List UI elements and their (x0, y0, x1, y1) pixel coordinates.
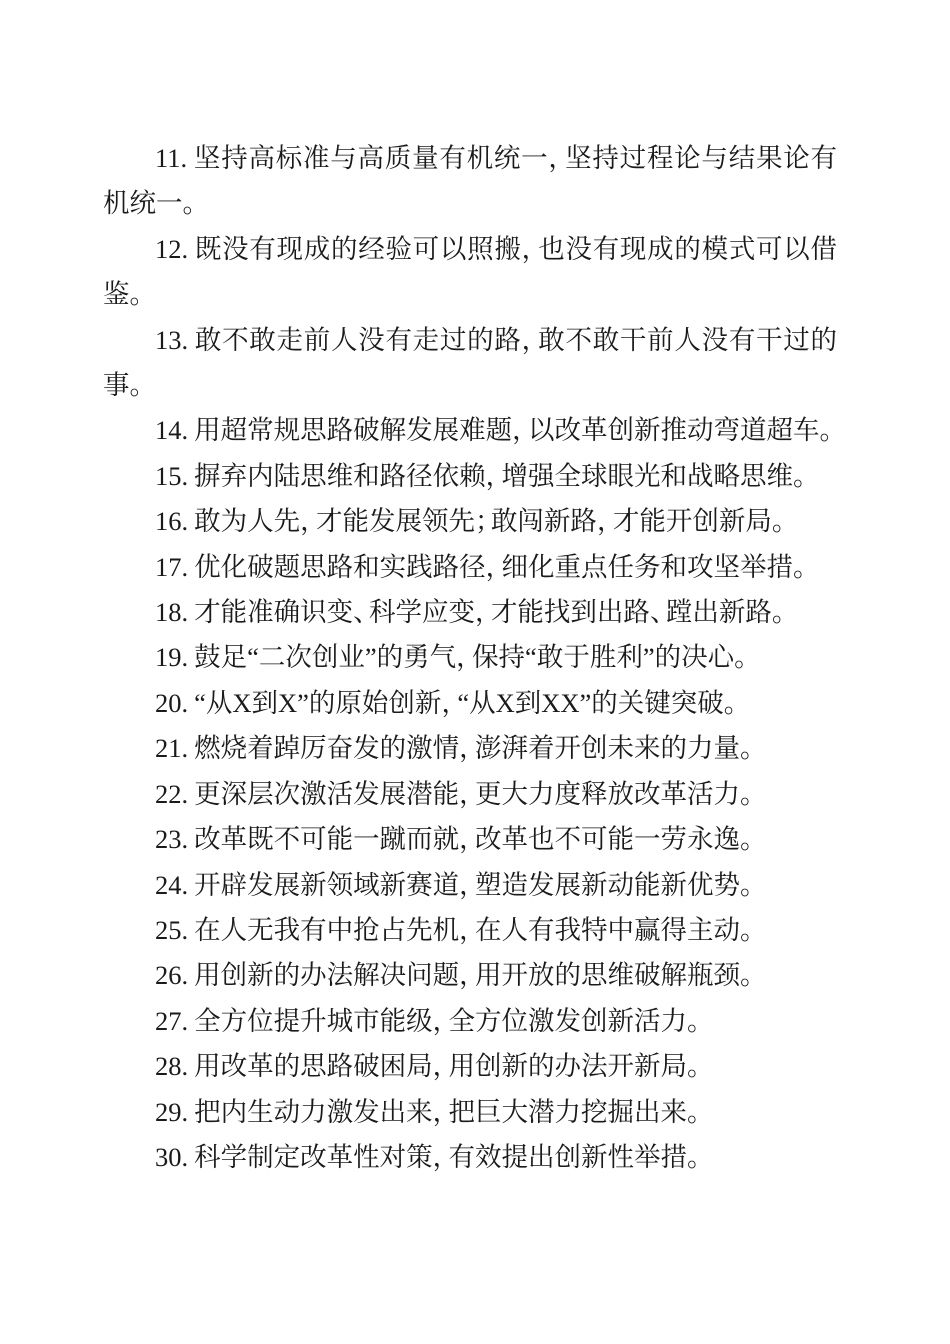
item-number: 20. (155, 688, 188, 718)
item-text: 把内生动力激发出来，把巨大潜力挖掘出来。 (194, 1097, 703, 1127)
item-number: 24. (155, 870, 188, 900)
item-text: 敢为人先，才能发展领先；敢闯新路，才能开创新局。 (194, 506, 788, 536)
item-text: 在人无我有中抢占先机，在人有我特中赢得主动。 (194, 915, 756, 945)
item-text: 科学制定改革性对策，有效提出创新性举措。 (194, 1142, 703, 1172)
list-item: 12.既没有现成的经验可以照搬，也没有现成的模式可以借鉴。 (103, 227, 837, 318)
list-item: 29.把内生动力激发出来，把巨大潜力挖掘出来。 (103, 1090, 837, 1135)
list-item: 24.开辟发展新领域新赛道，塑造发展新动能新优势。 (103, 863, 837, 908)
item-number: 25. (155, 915, 188, 945)
list-item: 13.敢不敢走前人没有走过的路，敢不敢干前人没有干过的事。 (103, 318, 837, 409)
item-number: 14. (155, 415, 188, 445)
list-item: 25.在人无我有中抢占先机，在人有我特中赢得主动。 (103, 908, 837, 953)
item-text: 全方位提升城市能级，全方位激发创新活力。 (194, 1006, 703, 1036)
item-text: 摒弃内陆思维和路径依赖，增强全球眼光和战略思维。 (194, 461, 809, 491)
item-text: 改革既不可能一蹴而就，改革也不可能一劳永逸。 (194, 824, 756, 854)
item-text: 用改革的思路破困局，用创新的办法开新局。 (194, 1051, 703, 1081)
item-text: 敢不敢走前人没有走过的路，敢不敢干前人没有干过的事。 (103, 325, 837, 400)
item-number: 18. (155, 597, 188, 627)
item-number: 30. (155, 1142, 188, 1172)
item-number: 11. (155, 143, 187, 173)
item-number: 15. (155, 461, 188, 491)
item-text: 燃烧着踔厉奋发的激情，澎湃着开创未来的力量。 (194, 733, 756, 763)
item-text: 用创新的办法解决问题，用开放的思维破解瓶颈。 (194, 960, 756, 990)
numbered-list: 11.坚持高标准与高质量有机统一，坚持过程论与结果论有机统一。 12.既没有现成… (103, 136, 837, 1180)
list-item: 27.全方位提升城市能级，全方位激发创新活力。 (103, 999, 837, 1044)
list-item: 11.坚持高标准与高质量有机统一，坚持过程论与结果论有机统一。 (103, 136, 837, 227)
list-item: 21.燃烧着踔厉奋发的激情，澎湃着开创未来的力量。 (103, 726, 837, 771)
item-text: 才能准确识变、科学应变，才能找到出路、蹚出新路。 (194, 597, 788, 627)
list-item: 17.优化破题思路和实践路径，细化重点任务和攻坚举措。 (103, 545, 837, 590)
list-item: 22.更深层次激活发展潜能，更大力度释放改革活力。 (103, 772, 837, 817)
list-item: 30.科学制定改革性对策，有效提出创新性举措。 (103, 1135, 837, 1180)
list-item: 23.改革既不可能一蹴而就，改革也不可能一劳永逸。 (103, 817, 837, 862)
item-text: 更深层次激活发展潜能，更大力度释放改革活力。 (194, 779, 756, 809)
item-number: 21. (155, 733, 188, 763)
list-item: 18.才能准确识变、科学应变，才能找到出路、蹚出新路。 (103, 590, 837, 635)
list-item: 28.用改革的思路破困局，用创新的办法开新局。 (103, 1044, 837, 1089)
item-number: 12. (155, 234, 188, 264)
item-number: 23. (155, 824, 188, 854)
list-item: 15.摒弃内陆思维和路径依赖，增强全球眼光和战略思维。 (103, 454, 837, 499)
document-page: 11.坚持高标准与高质量有机统一，坚持过程论与结果论有机统一。 12.既没有现成… (0, 0, 950, 1344)
list-item: 20.“从X到X”的原始创新，“从X到XX”的关键突破。 (103, 681, 837, 726)
item-number: 28. (155, 1051, 188, 1081)
item-number: 17. (155, 552, 188, 582)
item-number: 26. (155, 960, 188, 990)
item-number: 27. (155, 1006, 188, 1036)
item-number: 19. (155, 642, 188, 672)
item-number: 13. (155, 325, 188, 355)
item-text: 用超常规思路破解发展难题，以改革创新推动弯道超车。 (194, 415, 835, 445)
item-text: 鼓足“二次创业”的勇气，保持“敢于胜利”的决心。 (194, 642, 750, 672)
item-text: 开辟发展新领域新赛道，塑造发展新动能新优势。 (194, 870, 756, 900)
list-item: 14.用超常规思路破解发展难题，以改革创新推动弯道超车。 (103, 408, 837, 453)
list-item: 26.用创新的办法解决问题，用开放的思维破解瓶颈。 (103, 953, 837, 998)
item-number: 29. (155, 1097, 188, 1127)
list-item: 16.敢为人先，才能发展领先；敢闯新路，才能开创新局。 (103, 499, 837, 544)
item-text: 优化破题思路和实践路径，细化重点任务和攻坚举措。 (194, 552, 809, 582)
item-number: 22. (155, 779, 188, 809)
item-number: 16. (155, 506, 188, 536)
item-text: 坚持高标准与高质量有机统一，坚持过程论与结果论有机统一。 (103, 143, 837, 218)
item-text: 既没有现成的经验可以照搬，也没有现成的模式可以借鉴。 (103, 234, 837, 309)
item-text: “从X到X”的原始创新，“从X到XX”的关键突破。 (194, 688, 740, 718)
list-item: 19.鼓足“二次创业”的勇气，保持“敢于胜利”的决心。 (103, 635, 837, 680)
